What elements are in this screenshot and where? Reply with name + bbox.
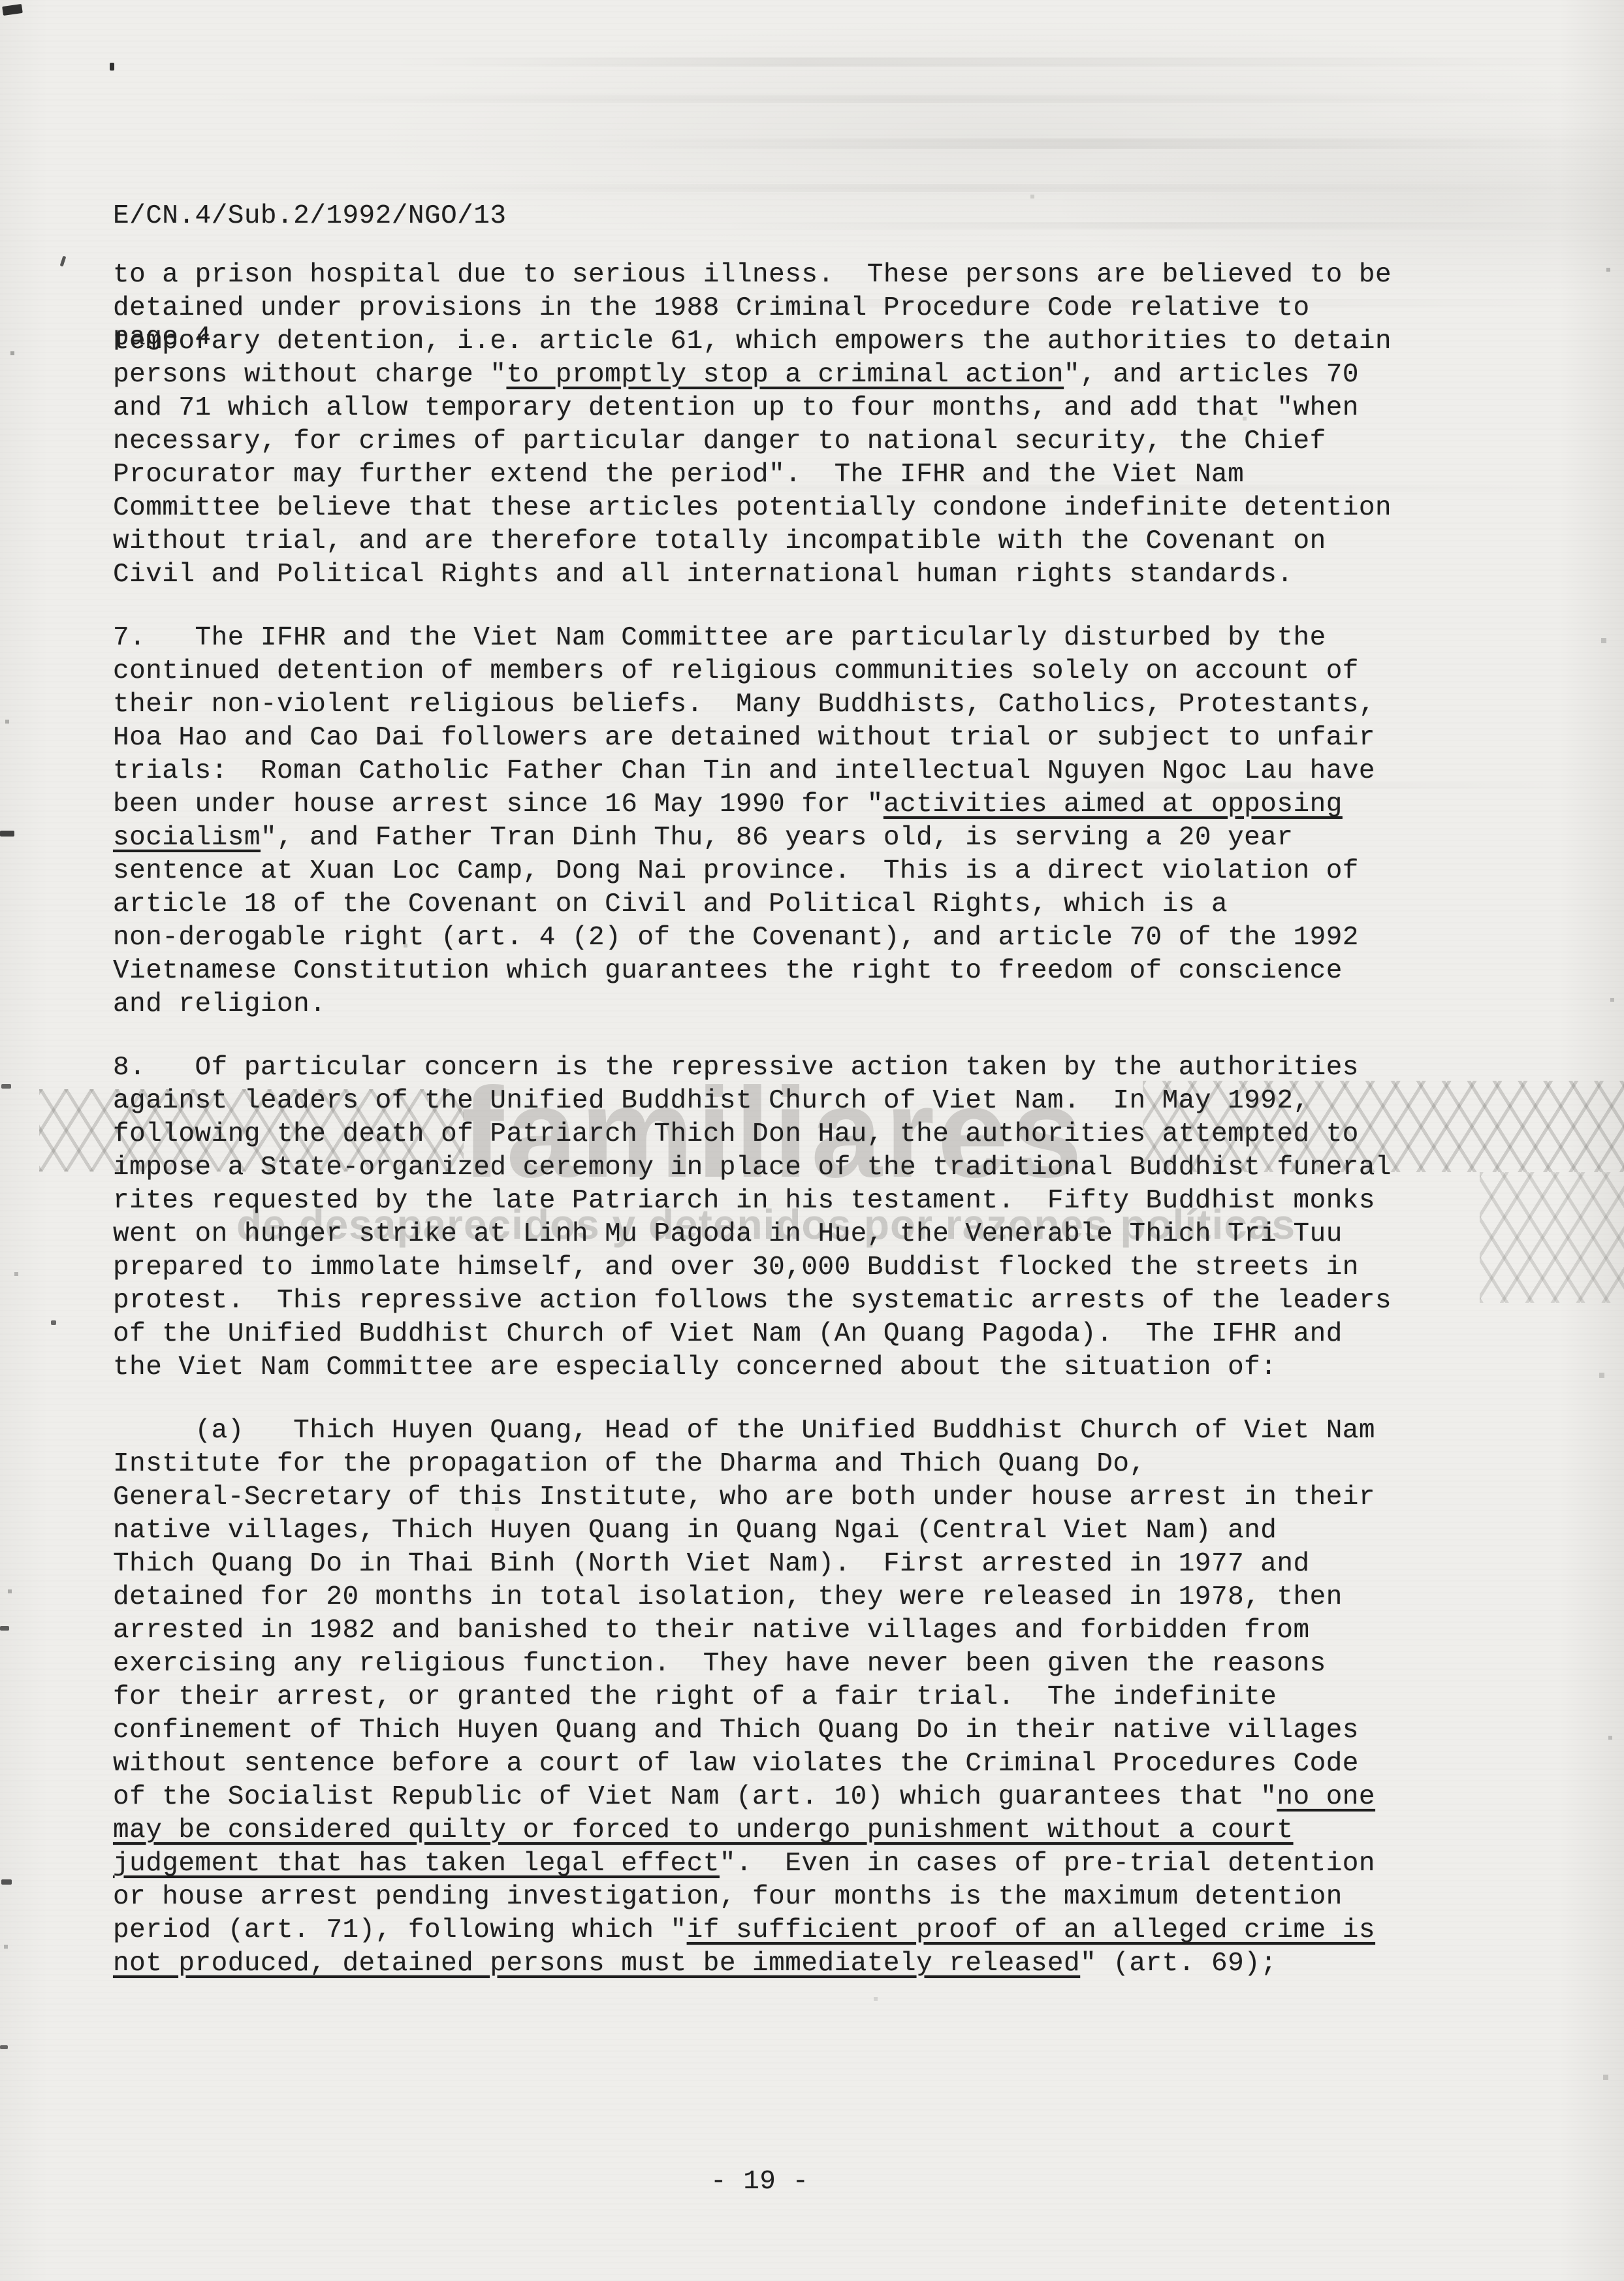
scan-artifact — [60, 256, 67, 267]
scan-streak — [588, 138, 1619, 149]
text-line: detained under provisions in the 1988 Cr… — [113, 292, 1452, 325]
scan-artifact — [0, 1626, 9, 1631]
text-line: persons without charge "to promptly stop… — [113, 359, 1452, 392]
scan-artifact — [1, 1084, 11, 1089]
text-line: of the Unified Buddhist Church of Viet N… — [113, 1318, 1452, 1351]
text-line: detained for 20 months in total isolatio… — [113, 1581, 1452, 1614]
text-line: Civil and Political Rights and all inter… — [113, 558, 1452, 592]
text-line: prepared to immolate himself, and over 3… — [113, 1251, 1452, 1284]
text-line: non-derogable right (art. 4 (2) of the C… — [113, 921, 1452, 955]
scan-artifact — [1, 1879, 12, 1885]
text-line: may be considered quilty or forced to un… — [113, 1814, 1452, 1847]
text-line: exercising any religious function. They … — [113, 1648, 1452, 1681]
scan-artifact — [0, 831, 14, 837]
text-line: been under house arrest since 16 May 199… — [113, 788, 1452, 821]
text-line: without sentence before a court of law v… — [113, 1747, 1452, 1781]
text-line: period (art. 71), following which "if su… — [113, 1914, 1452, 1947]
text-line: without trial, and are therefore totally… — [113, 525, 1452, 558]
scan-artifact — [51, 1320, 56, 1325]
text-line: sentence at Xuan Loc Camp, Dong Nai prov… — [113, 855, 1452, 888]
text-line: against leaders of the Unified Buddhist … — [113, 1085, 1452, 1118]
text-line: rites requested by the late Patriarch in… — [113, 1185, 1452, 1218]
text-line: 7. The IFHR and the Viet Nam Committee a… — [113, 622, 1452, 655]
text-line: protest. This repressive action follows … — [113, 1284, 1452, 1318]
text-line: necessary, for crimes of particular dang… — [113, 425, 1452, 458]
scan-streak — [196, 95, 1619, 103]
text-line: following the death of Patriarch Thich D… — [113, 1118, 1452, 1151]
paragraph-6-continuation: to a prison hospital due to serious illn… — [113, 259, 1452, 592]
text-line: their non-violent religious beliefs. Man… — [113, 688, 1452, 722]
paragraph-7: 7. The IFHR and the Viet Nam Committee a… — [113, 622, 1452, 1021]
text-line: 8. Of particular concern is the repressi… — [113, 1051, 1452, 1085]
text-line: socialism", and Father Tran Dinh Thu, 86… — [113, 821, 1452, 855]
text-line: Institute for the propagation of the Dha… — [113, 1448, 1452, 1481]
document-symbol: E/CN.4/Sub.2/1992/NGO/13 — [113, 196, 507, 236]
text-line: the Viet Nam Committee are especially co… — [113, 1351, 1452, 1384]
scan-artifact — [0, 2045, 8, 2049]
scan-artifact — [110, 63, 114, 71]
text-line: for their arrest, or granted the right o… — [113, 1681, 1452, 1714]
text-line: article 18 of the Covenant on Civil and … — [113, 888, 1452, 921]
text-line: Hoa Hao and Cao Dai followers are detain… — [113, 722, 1452, 755]
scan-speckles — [0, 0, 1, 1]
watermark-people-chain-right-edge — [1480, 1172, 1624, 1303]
text-line: of the Socialist Republic of Viet Nam (a… — [113, 1781, 1452, 1814]
paragraph-a: (a) Thich Huyen Quang, Head of the Unifi… — [113, 1414, 1452, 1981]
scanned-document-page: { "page": { "doc_symbol": "E/CN.4/Sub.2/… — [0, 0, 1624, 2281]
text-line: (a) Thich Huyen Quang, Head of the Unifi… — [113, 1414, 1452, 1448]
text-line: temporary detention, i.e. article 61, wh… — [113, 325, 1452, 359]
text-line: continued detention of members of religi… — [113, 655, 1452, 688]
text-line: Vietnamese Constitution which guarantees… — [113, 955, 1452, 988]
document-body: to a prison hospital due to serious illn… — [113, 259, 1452, 2011]
text-line: and religion. — [113, 988, 1452, 1021]
scan-streak — [718, 222, 1619, 229]
scan-artifact — [2, 4, 23, 16]
text-line: impose a State-organized ceremony in pla… — [113, 1151, 1452, 1185]
text-line: General-Secretary of this Institute, who… — [113, 1481, 1452, 1514]
text-line: went on hunger strike at Linh Mu Pagoda … — [113, 1218, 1452, 1251]
text-line: not produced, detained persons must be i… — [113, 1947, 1452, 1981]
text-line: Thich Quang Do in Thai Binh (North Viet … — [113, 1548, 1452, 1581]
text-line: judgement that has taken legal effect". … — [113, 1847, 1452, 1881]
footer-page-number: - 19 - — [710, 2167, 809, 2197]
text-line: confinement of Thich Huyen Quang and Thi… — [113, 1714, 1452, 1747]
text-line: native villages, Thich Huyen Quang in Qu… — [113, 1514, 1452, 1548]
text-line: trials: Roman Catholic Father Chan Tin a… — [113, 755, 1452, 788]
paragraph-8: 8. Of particular concern is the repressi… — [113, 1051, 1452, 1384]
text-line: Procurator may further extend the period… — [113, 458, 1452, 492]
scan-streak — [392, 57, 1619, 67]
text-line: to a prison hospital due to serious illn… — [113, 259, 1452, 292]
scan-streak — [326, 184, 1619, 192]
text-line: Committee believe that these articles po… — [113, 492, 1452, 525]
text-line: and 71 which allow temporary detention u… — [113, 392, 1452, 425]
text-line: or house arrest pending investigation, f… — [113, 1881, 1452, 1914]
text-line: arrested in 1982 and banished to their n… — [113, 1614, 1452, 1648]
